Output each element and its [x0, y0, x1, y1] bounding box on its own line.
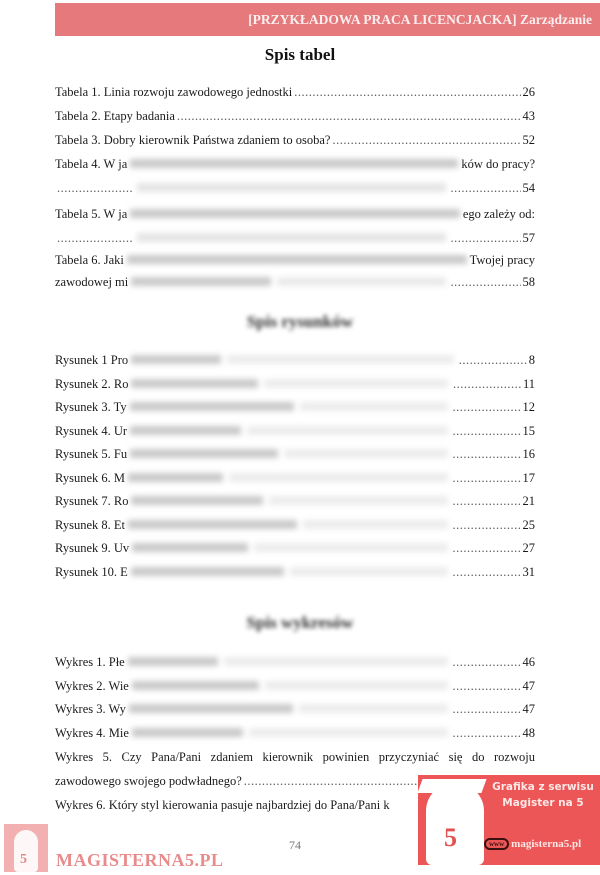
page-ref: 8	[529, 350, 535, 370]
leader-dots	[294, 82, 520, 102]
toc-entry-chart-4[interactable]: Wykres 4. Mie48	[55, 723, 535, 743]
watermark-url: www magisterna5.pl	[484, 838, 581, 850]
toc-entry-table-4[interactable]: Tabela 4. W ja ków do pracy?	[55, 154, 535, 174]
blurred-text	[127, 255, 467, 264]
blurred-text	[130, 159, 458, 168]
leader-dots	[451, 228, 521, 248]
watermark-title: Grafika z serwisu Magister na 5	[488, 779, 598, 811]
toc-entry-chart-3[interactable]: Wykres 3. Wy47	[55, 699, 535, 719]
leader-dots	[57, 228, 132, 248]
page-ref: 15	[523, 421, 536, 441]
blurred-text	[131, 567, 284, 576]
leader-dots	[453, 562, 521, 582]
toc-entry-chart-1[interactable]: Wykres 1. Płe46	[55, 652, 535, 672]
blurred-text	[132, 681, 259, 690]
leader-dots	[451, 272, 521, 292]
page-ref: 11	[523, 374, 535, 394]
page-ref: 26	[523, 82, 536, 102]
page-ref: 48	[523, 723, 536, 743]
page-ref: 52	[523, 130, 536, 150]
blurred-text	[130, 426, 241, 435]
toc-entry-figure-9[interactable]: Rysunek 9. Uv27	[55, 538, 535, 558]
toc-entry-table-5-cont[interactable]: 57	[55, 228, 535, 248]
leader-dots	[453, 676, 521, 696]
page-ref: 31	[523, 562, 536, 582]
footer-logo-text: MAGISTERNA5.PL	[56, 850, 224, 871]
toc-entry-figure-7[interactable]: Rysunek 7. Ro21	[55, 491, 535, 511]
page-ref: 27	[523, 538, 536, 558]
toc-entry-table-2[interactable]: Tabela 2. Etapy badania 43	[55, 106, 535, 126]
toc-entry-figure-1[interactable]: Rysunek 1 Pro8	[55, 350, 535, 370]
page-ref: 46	[523, 652, 536, 672]
leader-dots	[453, 491, 521, 511]
leader-dots	[453, 538, 521, 558]
page-ref: 43	[523, 106, 536, 126]
blurred-text	[137, 183, 446, 192]
blurred-text	[128, 520, 297, 529]
toc-entry-figure-6[interactable]: Rysunek 6. M17	[55, 468, 535, 488]
blurred-text	[128, 657, 218, 666]
page-ref: 25	[523, 515, 536, 535]
leader-dots	[177, 106, 521, 126]
leader-dots	[453, 652, 521, 672]
blurred-text	[130, 402, 294, 411]
toc-entry-table-1[interactable]: Tabela 1. Linia rozwoju zawodowego jedno…	[55, 82, 535, 102]
blurred-text	[131, 496, 263, 505]
tables-section-title: Spis tabel	[0, 45, 600, 65]
toc-entry-table-5[interactable]: Tabela 5. W ja ego zależy od:	[55, 204, 535, 224]
leader-dots	[453, 468, 521, 488]
toc-entry-table-6[interactable]: Tabela 6. Jaki Twojej pracy	[55, 250, 535, 270]
leader-dots	[453, 397, 521, 417]
leader-dots	[453, 699, 521, 719]
www-icon: www	[484, 838, 509, 850]
blurred-text	[132, 543, 248, 552]
running-header: [PRZYKŁADOWA PRACA LICENCJACKA] Zarządza…	[55, 3, 600, 36]
blurred-text	[129, 704, 293, 713]
page-ref: 17	[523, 468, 536, 488]
toc-entry-figure-2[interactable]: Rysunek 2. Ro11	[55, 374, 535, 394]
toc-entry-figure-4[interactable]: Rysunek 4. Ur15	[55, 421, 535, 441]
page-ref: 12	[523, 397, 536, 417]
graduation-cap-icon	[417, 779, 486, 793]
leader-dots	[332, 130, 520, 150]
blurred-text	[130, 209, 460, 218]
toc-entry-figure-10[interactable]: Rysunek 10. E31	[55, 562, 535, 582]
blurred-text	[131, 277, 271, 286]
page-ref: 21	[523, 491, 536, 511]
toc-entry-figure-5[interactable]: Rysunek 5. Fu16	[55, 444, 535, 464]
page-ref: 16	[523, 444, 536, 464]
blurred-text	[131, 379, 258, 388]
blurred-text	[137, 233, 446, 242]
leader-dots	[453, 421, 521, 441]
toc-entry-table-4-cont[interactable]: 54	[55, 178, 535, 198]
figures-section-title: Spis rysunków	[0, 312, 600, 332]
toc-entry-chart-5[interactable]: Wykres5.CzyPana/Panizdaniemkierownikpowi…	[55, 747, 535, 767]
leader-dots	[453, 374, 521, 394]
blurred-text	[130, 449, 278, 458]
leader-dots	[57, 178, 132, 198]
toc-entry-chart-2[interactable]: Wykres 2. Wie47	[55, 676, 535, 696]
page-ref: 47	[523, 699, 536, 719]
leader-dots	[451, 178, 521, 198]
toc-entry-figure-3[interactable]: Rysunek 3. Ty12	[55, 397, 535, 417]
magisterna5-logo-icon: 5	[4, 824, 48, 872]
watermark-badge: 5 Grafika z serwisu Magister na 5 www ma…	[418, 775, 600, 865]
blurred-text	[128, 473, 223, 482]
charts-section-title: Spis wykresów	[0, 613, 600, 633]
blurred-text	[132, 728, 243, 737]
toc-entry-table-6-cont[interactable]: zawodowej mi 58	[55, 272, 535, 292]
running-header-text: [PRZYKŁADOWA PRACA LICENCJACKA] Zarządza…	[248, 12, 592, 28]
toc-entry-figure-8[interactable]: Rysunek 8. Et25	[55, 515, 535, 535]
toc-entry-table-3[interactable]: Tabela 3. Dobry kierownik Państwa zdanie…	[55, 130, 535, 150]
leader-dots	[453, 515, 521, 535]
leader-dots	[453, 723, 521, 743]
page-ref: 47	[523, 676, 536, 696]
blurred-text	[131, 355, 221, 364]
leader-dots	[453, 444, 521, 464]
leader-dots	[459, 350, 527, 370]
